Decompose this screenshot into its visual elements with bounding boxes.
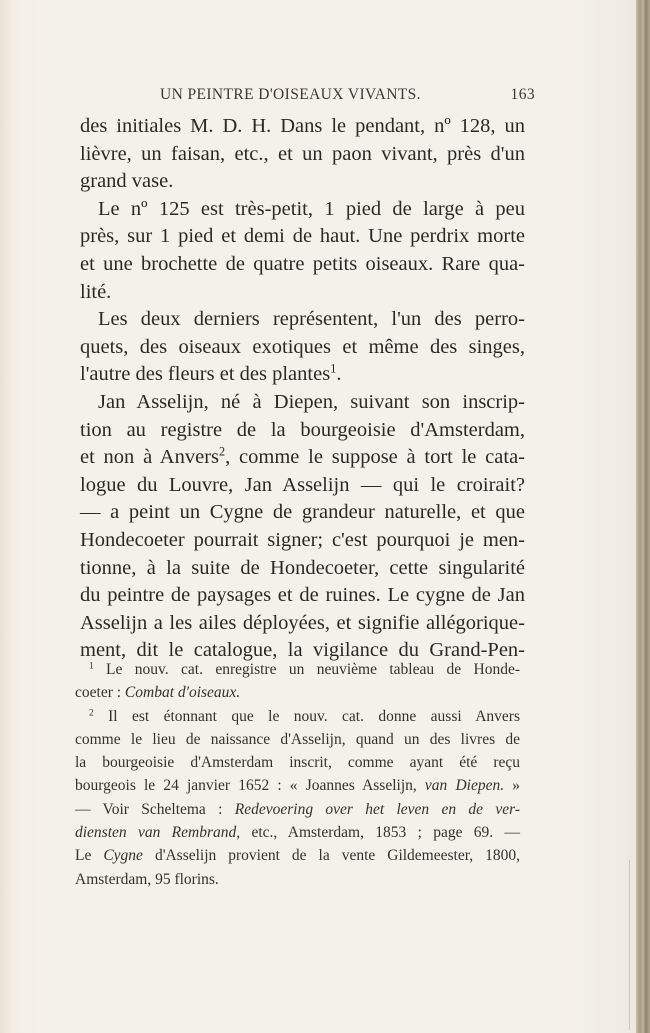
- body-line: du peintre de paysages et de ruines. Le …: [80, 582, 525, 610]
- book-page: UN PEINTRE D'OISEAUX VIVANTS. 163 des in…: [0, 0, 650, 1033]
- footnote-1: 1 Le nouv. cat. enregistre un neuvième t…: [75, 658, 520, 681]
- body-line-text: et non à Anvers: [80, 446, 219, 468]
- body-line-punct: .: [336, 363, 341, 385]
- body-line: — a peint un Cygne de grandeur naturelle…: [80, 499, 525, 527]
- body-line-text: l'autre des fleurs et des plantes: [80, 363, 330, 385]
- body-line-text: , comme le suppose à tort le cata-: [225, 446, 525, 468]
- footnote-2-line: comme le lieu de naissance d'Asselijn, q…: [75, 728, 520, 751]
- footnote-2-line: — Voir Scheltema : Redevoering over het …: [75, 798, 520, 821]
- footnote-text: coeter :: [75, 684, 125, 701]
- body-line: lièvre, un faisan, etc., et un paon viva…: [80, 141, 525, 169]
- footnote-marker: 2: [89, 708, 94, 718]
- body-line: l'autre des fleurs et des plantes1.: [80, 361, 525, 389]
- footnote-text: etc., Amsterdam, 1853 ; page 69. —: [240, 824, 520, 841]
- body-line: tion au registre de la bourgeoisie d'Ams…: [80, 417, 525, 445]
- footnote-text: — Voir Scheltema :: [75, 801, 235, 818]
- body-line: des initiales M. D. H. Dans le pendant, …: [80, 113, 525, 141]
- footnote-2: 2 Il est étonnant que le nouv. cat. donn…: [75, 705, 520, 728]
- body-line: Les deux derniers représentent, l'un des…: [80, 306, 525, 334]
- body-line: logue du Louvre, Jan Asselijn — qui le c…: [80, 472, 525, 500]
- page-edge-inner: [629, 860, 630, 1030]
- footnote-2-line: Amsterdam, 95 florins.: [75, 868, 520, 891]
- page-number: 163: [511, 86, 535, 104]
- footnote-italic: van Diepen.: [425, 777, 504, 794]
- running-head-title: UN PEINTRE D'OISEAUX VIVANTS.: [160, 86, 421, 104]
- footnote-2-line: Le Cygne d'Asselijn provient de la vente…: [75, 844, 520, 867]
- footnote-italic: Cygne: [103, 847, 143, 864]
- footnotes: 1 Le nouv. cat. enregistre un neuvième t…: [75, 658, 520, 891]
- footnote-1-cont: coeter : Combat d'oiseaux.: [75, 681, 520, 704]
- footnote-italic: Redevoering over het leven en de ver-: [235, 801, 520, 818]
- body-line: Le nº 125 est très-petit, 1 pied de larg…: [80, 196, 525, 224]
- body-text: des initiales M. D. H. Dans le pendant, …: [80, 113, 525, 665]
- body-line: Asselijn a les ailes déployées, et signi…: [80, 610, 525, 638]
- footnote-marker: 1: [89, 661, 94, 671]
- body-line: et non à Anvers2, comme le suppose à tor…: [80, 444, 525, 472]
- footnote-2-line: diensten van Rembrand, etc., Amsterdam, …: [75, 821, 520, 844]
- footnote-italic: Combat d'oiseaux.: [125, 684, 240, 701]
- body-line: quets, des oiseaux exotiques et même des…: [80, 334, 525, 362]
- footnote-text: Il est étonnant que le nouv. cat. donne …: [108, 708, 520, 725]
- body-line: tionne, à la suite de Hondecoeter, cette…: [80, 555, 525, 583]
- body-line: Jan Asselijn, né à Diepen, suivant son i…: [80, 389, 525, 417]
- body-line: lité.: [80, 279, 525, 307]
- page-edge: [636, 0, 650, 1033]
- footnote-text: Le: [75, 847, 103, 864]
- running-head: UN PEINTRE D'OISEAUX VIVANTS. 163: [160, 86, 535, 106]
- footnote-text: Le nouv. cat. enregistre un neuvième tab…: [106, 661, 520, 678]
- footnote-text: »: [504, 777, 520, 794]
- body-line: Hondecoeter pourrait signer; c'est pourq…: [80, 527, 525, 555]
- footnote-2-line: la bourgeoisie d'Amsterdam inscrit, comm…: [75, 751, 520, 774]
- body-line: grand vase.: [80, 168, 525, 196]
- footnote-italic: diensten van Rembrand,: [75, 824, 240, 841]
- footnote-2-line: bourgeois le 24 janvier 1652 : « Joannes…: [75, 774, 520, 797]
- body-line: et une brochette de quatre petits oiseau…: [80, 251, 525, 279]
- body-line: près, sur 1 pied et demi de haut. Une pe…: [80, 223, 525, 251]
- footnote-text: d'Asselijn provient de la vente Gildemee…: [143, 847, 520, 864]
- footnote-text: bourgeois le 24 janvier 1652 : « Joannes…: [75, 777, 425, 794]
